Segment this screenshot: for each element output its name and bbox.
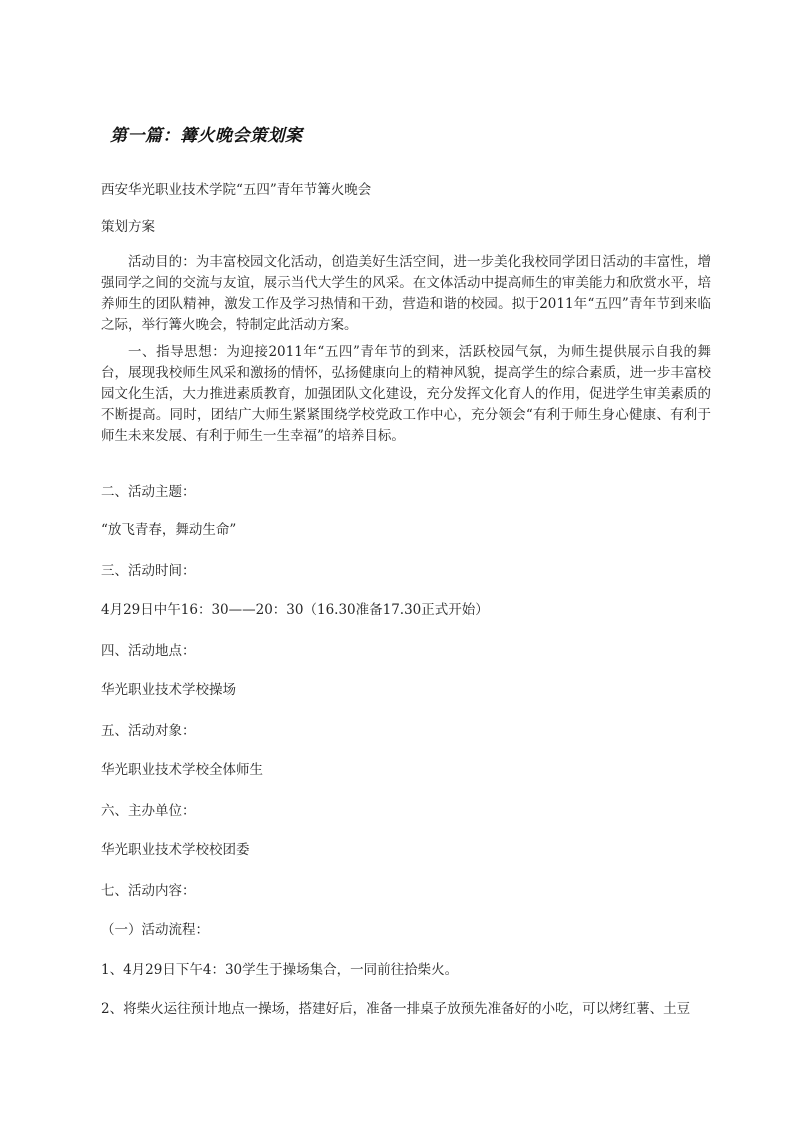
section-content-time: 4月29日中午16：30——20：30（16.30准备17.30正式开始） bbox=[101, 600, 489, 620]
section-heading-theme: 二、活动主题： bbox=[101, 482, 196, 502]
guiding-thought-paragraph: 一、指导思想：为迎接2011年“五四”青年节的到来，活跃校园气氛，为师生提供展示… bbox=[101, 342, 711, 447]
section-heading-audience: 五、活动对象： bbox=[101, 721, 196, 741]
plan-label: 策划方案 bbox=[101, 217, 155, 237]
section-content-organizer: 华光职业技术学校校团委 bbox=[101, 840, 250, 860]
section-content-theme: “放飞青春，舞动生命” bbox=[101, 520, 236, 540]
process-step-1: 1、4月29日下午4：30学生于操场集合，一同前往拾柴火。 bbox=[101, 960, 458, 980]
subsection-heading-process: （一）活动流程： bbox=[101, 920, 209, 940]
section-heading-content: 七、活动内容： bbox=[101, 881, 196, 901]
event-subtitle: 西安华光职业技术学院“五四”青年节篝火晚会 bbox=[101, 180, 371, 200]
section-heading-time: 三、活动时间： bbox=[101, 561, 196, 581]
document-title: 第一篇：篝火晚会策划案 bbox=[110, 121, 303, 146]
section-content-audience: 华光职业技术学校全体师生 bbox=[101, 760, 263, 780]
process-step-2: 2、将柴火运往预计地点一操场，搭建好后，准备一排桌子放预先准备好的小吃，可以烤红… bbox=[101, 999, 690, 1019]
section-heading-location: 四、活动地点： bbox=[101, 641, 196, 661]
section-heading-organizer: 六、主办单位： bbox=[101, 801, 196, 821]
purpose-paragraph: 活动目的：为丰富校园文化活动，创造美好生活空间，进一步美化我校同学团日活动的丰富… bbox=[101, 252, 711, 336]
document-page: 第一篇：篝火晚会策划案 西安华光职业技术学院“五四”青年节篝火晚会 策划方案 活… bbox=[0, 0, 800, 1132]
section-content-location: 华光职业技术学校操场 bbox=[101, 680, 236, 700]
